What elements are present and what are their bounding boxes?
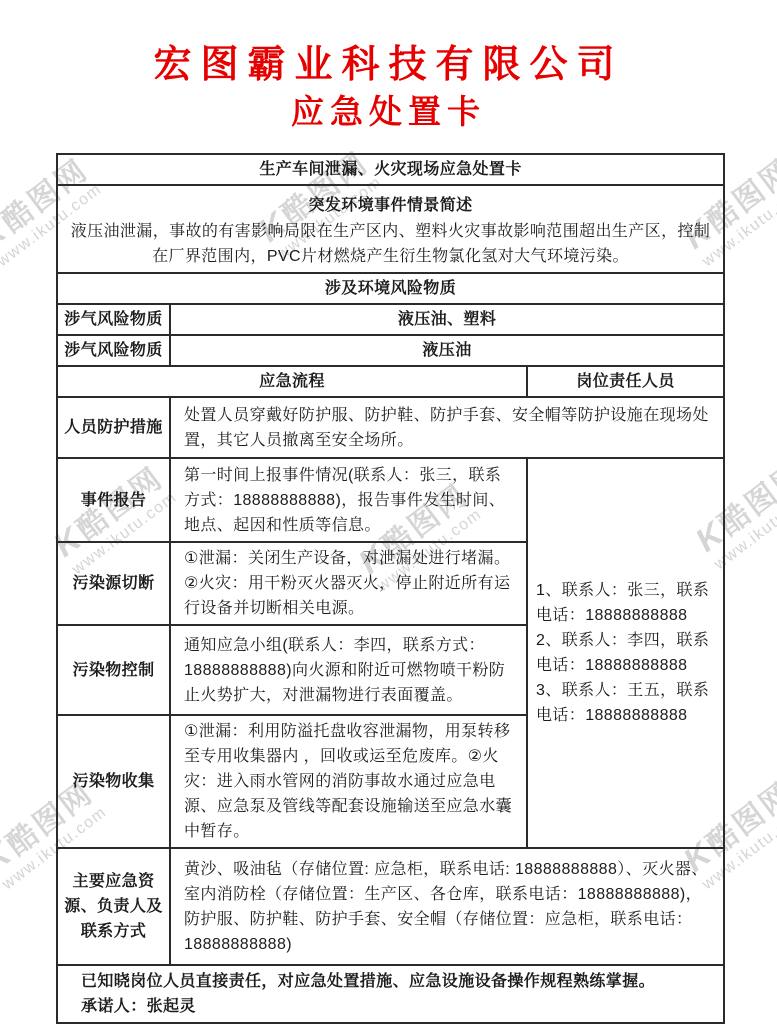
card-title: 应急处置卡 <box>0 90 777 134</box>
risk-value-cell: 液压油 <box>170 335 724 366</box>
step-content-cell: ①泄漏：利用防溢托盘收容泄漏物，用泵转移至专用收集器内 ，回收或运至危废库。②火… <box>170 715 527 848</box>
risk-label-cell: 涉气风险物质 <box>57 335 170 366</box>
commitment-cell: 已知晓岗位人员直接责任，对应急处置措施、应急设施设备操作规程熟练掌握。 承诺人：… <box>57 965 724 1023</box>
risk-label-cell: 涉气风险物质 <box>57 304 170 335</box>
protection-label-cell: 人员防护措施 <box>57 397 170 458</box>
scenario-cell: 突发环境事件情景简述 液压油泄漏，事故的有害影响局限在生产区内、塑料火灾事故影响… <box>57 185 724 273</box>
resources-label-cell: 主要应急资 源、负责人及 联系方式 <box>57 848 170 965</box>
risk-header-cell: 涉及环境风险物质 <box>57 273 724 304</box>
step-label-cell: 事件报告 <box>57 458 170 542</box>
emergency-card-table: 生产车间泄漏、火灾现场应急处置卡 突发环境事件情景简述 液压油泄漏，事故的有害影… <box>56 153 725 1024</box>
scenario-text: 液压油泄漏，事故的有害影响局限在生产区内、塑料火灾事故影响范围超出生产区，控制在… <box>64 219 717 269</box>
position-header-cell: 岗位责任人员 <box>527 366 724 397</box>
flow-header-cell: 应急流程 <box>57 366 527 397</box>
contacts-cell: 1、联系人：张三，联系电话：18888888888 2、联系人：李四，联系电话：… <box>527 458 724 848</box>
protection-content-cell: 处置人员穿戴好防护服、防护鞋、防护手套、安全帽等防护设施在现场处置，其它人员撤离… <box>170 397 724 458</box>
document-content: 宏图霸业科技有限公司 应急处置卡 生产车间泄漏、火灾现场应急处置卡 突发环境事件… <box>0 0 777 1036</box>
risk-value-cell: 液压油、塑料 <box>170 304 724 335</box>
step-label-cell: 污染物控制 <box>57 625 170 715</box>
resources-content-cell: 黄沙、吸油毡（存储位置: 应急柜，联系电话: 18888888888）、灭火器、… <box>170 848 724 965</box>
company-title: 宏图霸业科技有限公司 <box>0 40 777 90</box>
step-label-cell: 污染源切断 <box>57 542 170 625</box>
step-content-cell: 第一时间上报事件情况(联系人：张三，联系方式：18888888888)，报告事件… <box>170 458 527 542</box>
scenario-title: 突发环境事件情景简述 <box>64 189 717 219</box>
title-block: 宏图霸业科技有限公司 应急处置卡 <box>0 40 777 134</box>
step-label-cell: 污染物收集 <box>57 715 170 848</box>
step-content-cell: ①泄漏：关闭生产设备，对泄漏处进行堵漏。 ②火灾：用干粉灭火器灭火，停止附近所有… <box>170 542 527 625</box>
emergency-response-card-page: K酷图网 www.ikutu.com K酷图网 www.ikutu.com K酷… <box>0 0 777 1036</box>
card-header-cell: 生产车间泄漏、火灾现场应急处置卡 <box>57 154 724 185</box>
step-content-cell: 通知应急小组(联系人：李四，联系方式：18888888888)向火源和附近可燃物… <box>170 625 527 715</box>
